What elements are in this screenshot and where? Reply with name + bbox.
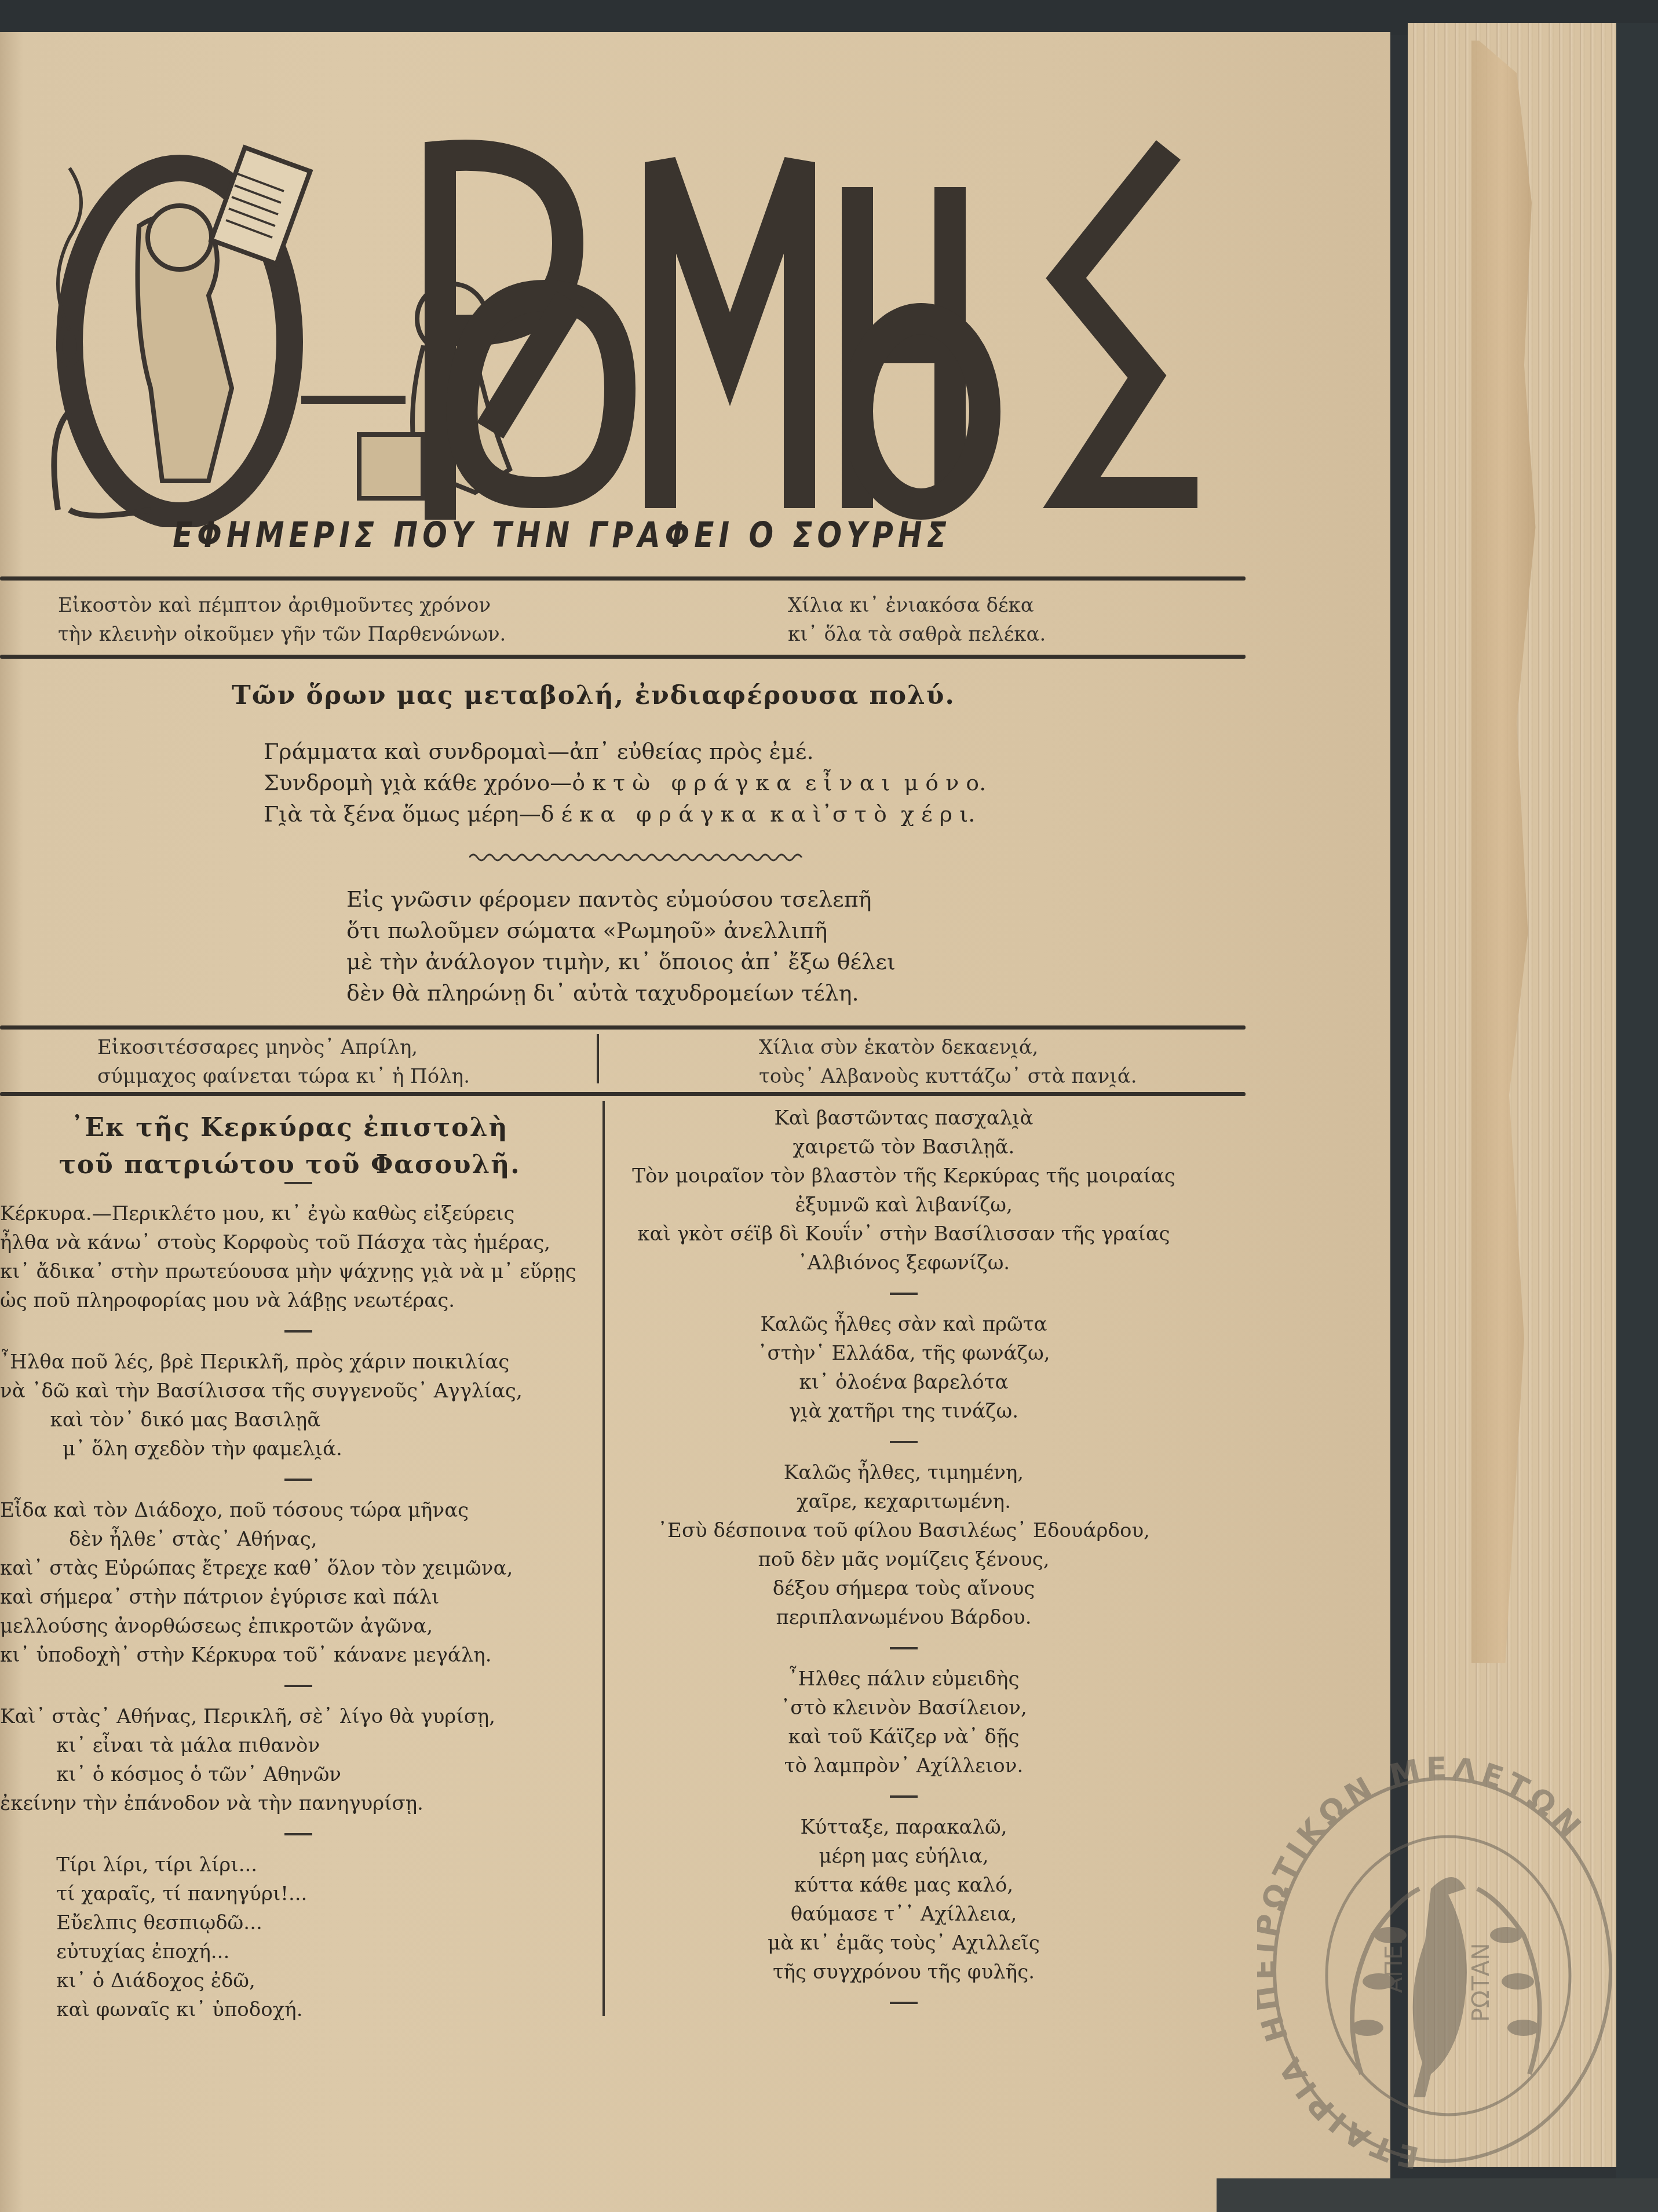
wavy-divider-icon	[469, 852, 805, 863]
article-column-divider	[602, 1101, 605, 2016]
date-epigraph-right: Χίλια σὺν ἑκατὸν δεκαενι̯ά, τοὺς᾿ Αλβανο…	[759, 1033, 1137, 1091]
masthead-lettering-icon	[359, 87, 1228, 527]
stanza: Εἶδα καὶ τὸν Διάδοχο, ποῦ τόσους τώρα μῆ…	[0, 1496, 597, 1670]
date-bottom-rule	[0, 1092, 1246, 1096]
stanza-separator	[890, 1293, 918, 1295]
stanza: Κέρκυρα.—Περικλέτο μου, κι᾿ ἐγὼ καθὼς εἰ…	[0, 1199, 597, 1315]
stanza-separator	[890, 1795, 918, 1798]
stanza: Καλῶς ἦλθες, τιμημένη, χαῖρε, κεχαριτωμέ…	[614, 1458, 1193, 1632]
stanza-separator	[284, 1833, 312, 1835]
stanza-separator	[890, 2002, 918, 2004]
top-epigraph-right: Χίλια κι᾿ ἐνιακόσα δέκα κι᾿ ὅλα τὰ σαθρὰ…	[788, 591, 1046, 649]
top-rule	[0, 576, 1246, 581]
article-right-column: Καὶ βαστῶντας πασχαλι̯ὰ χαιρετῶ τὸν Βασι…	[614, 1104, 1193, 2019]
article-title: ᾿Εκ τῆς Κερκύρας ἐπιστολὴ τοῦ πατριώτου …	[41, 1109, 539, 1184]
library-stamp-icon: ΕΤΑΙΡΙΑ ΗΠΕΙΡΩΤΙΚΩΝ ΜΕΛΕΤΩΝ ΑΠΕΙ ΡΩΤΑΝ	[1257, 1750, 1628, 2178]
stanza-separator	[284, 1330, 312, 1333]
stanza: Καὶ᾿ στὰς᾿ Αθήνας, Περικλῆ, σὲ᾿ λίγο θὰ …	[0, 1702, 597, 1818]
stanza: Καλῶς ἦλθες σὰν καὶ πρῶτα ᾿στὴν῾ Ελλάδα,…	[614, 1310, 1193, 1426]
svg-text:ΑΠΕΙ: ΑΠΕΙ	[1381, 1938, 1408, 1993]
stanza: ῏Ηλθες πάλιν εὐμειδὴς ᾿στὸ κλεινὸν Βασίλ…	[614, 1665, 1193, 1780]
stanza: Τίρι λίρι, τίρι λίρι... τί χαραῖς, τί πα…	[0, 1850, 597, 2024]
terms-verse: Γράμματα καὶ συνδρομαὶ—ἀπ᾿ εὐθείας πρὸς …	[264, 736, 986, 830]
article-left-column: Κέρκυρα.—Περικλέτο μου, κι᾿ ἐγὼ καθὼς εἰ…	[0, 1182, 597, 2024]
stanza-separator	[890, 1647, 918, 1649]
masthead-subtitle: ΕΦΗΜΕΡΙΣ ΠΟΥ ΤΗΝ ΓΡΑΦΕΙ Ο ΣΟΥΡΗΣ	[0, 519, 1274, 552]
date-top-rule	[0, 1025, 1246, 1030]
stanza-separator	[284, 1182, 312, 1184]
stanza: Κύτταξε, παρακαλῶ, μέρη μας εὐήλια, κύττ…	[614, 1813, 1193, 1987]
date-epigraph-left: Εἰκοσιτέσσαρες μηνὸς᾿ Απρίλη, σύμμαχος φ…	[97, 1033, 470, 1091]
notice-verse: Εἰς γνῶσιν φέρομεν παντὸς εὐμούσου τσελε…	[346, 884, 896, 1009]
epigraph-bottom-rule	[0, 655, 1246, 659]
masthead: ΡΩΜΗΟΣ	[35, 87, 1222, 527]
stanza: Καὶ βαστῶντας πασχαλι̯ὰ χαιρετῶ τὸν Βασι…	[614, 1104, 1193, 1277]
svg-text:ΡΩΤΑΝ: ΡΩΤΑΝ	[1468, 1943, 1495, 2022]
terms-title: Τῶν ὅρων μας μεταβολή, ἐνδιαφέρουσα πολύ…	[232, 681, 955, 710]
stanza-separator	[284, 1685, 312, 1687]
stanza-separator	[284, 1479, 312, 1481]
date-epigraph-divider	[597, 1034, 599, 1083]
stanza: ῏Ηλθα ποῦ λές, βρὲ Περικλῆ, πρὸς χάριν π…	[0, 1348, 597, 1463]
book-cover-bottom	[1217, 2178, 1658, 2212]
stanza-separator	[890, 1441, 918, 1443]
top-epigraph-left: Εἰκοστὸν καὶ πέμπτον ἀριθμοῦντες χρόνον …	[58, 591, 506, 649]
